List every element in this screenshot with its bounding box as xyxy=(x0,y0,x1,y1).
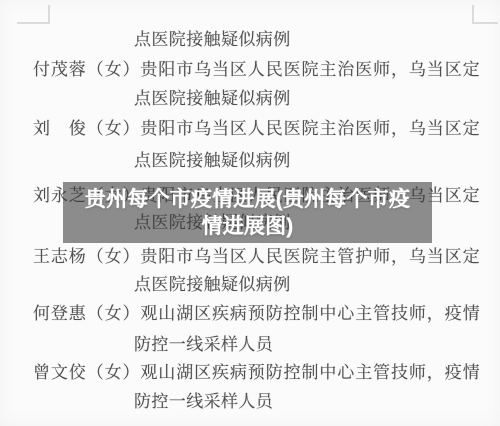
document-line: 刘 俊（女）贵阳市乌当区人民医院主治医师，乌当区定 xyxy=(33,120,481,138)
document-line: 点医院接触疑似病例 xyxy=(134,31,291,49)
overlay-title-line-2: 情进展图) xyxy=(202,213,294,240)
document-line: 何登惠（女）观山湖区疾病预防控制中心主管技师，疫情 xyxy=(33,305,481,323)
document-line: 王志杨（女）贵阳市乌当区人民医院主管护师，乌当区定 xyxy=(33,248,481,266)
document-page: 点医院接触疑似病例 付茂蓉（女）贵阳市乌当区人民医院主治医师，乌当区定 点医院接… xyxy=(0,0,500,426)
margin-mark-top-right-icon xyxy=(472,5,498,24)
margin-mark-top-left-icon xyxy=(17,5,50,24)
document-line: 点医院接触疑似病例 xyxy=(134,276,291,294)
title-overlay: 贵州每个市疫情进展(贵州每个市疫 情进展图) xyxy=(63,182,432,243)
document-line: 点医院接触疑似病例 xyxy=(134,90,291,108)
document-line: 付茂蓉（女）贵阳市乌当区人民医院主治医师，乌当区定 xyxy=(33,61,481,79)
document-line: 防控一线采样人员 xyxy=(134,393,273,411)
document-line: 点医院接触疑似病例 xyxy=(134,152,291,170)
overlay-title-line-1: 贵州每个市疫情进展(贵州每个市疫 xyxy=(85,186,410,213)
document-line: 防控一线采样人员 xyxy=(134,336,273,354)
document-line: 曾文佼（女）观山湖区疾病预防控制中心主管技师，疫情 xyxy=(33,364,481,382)
